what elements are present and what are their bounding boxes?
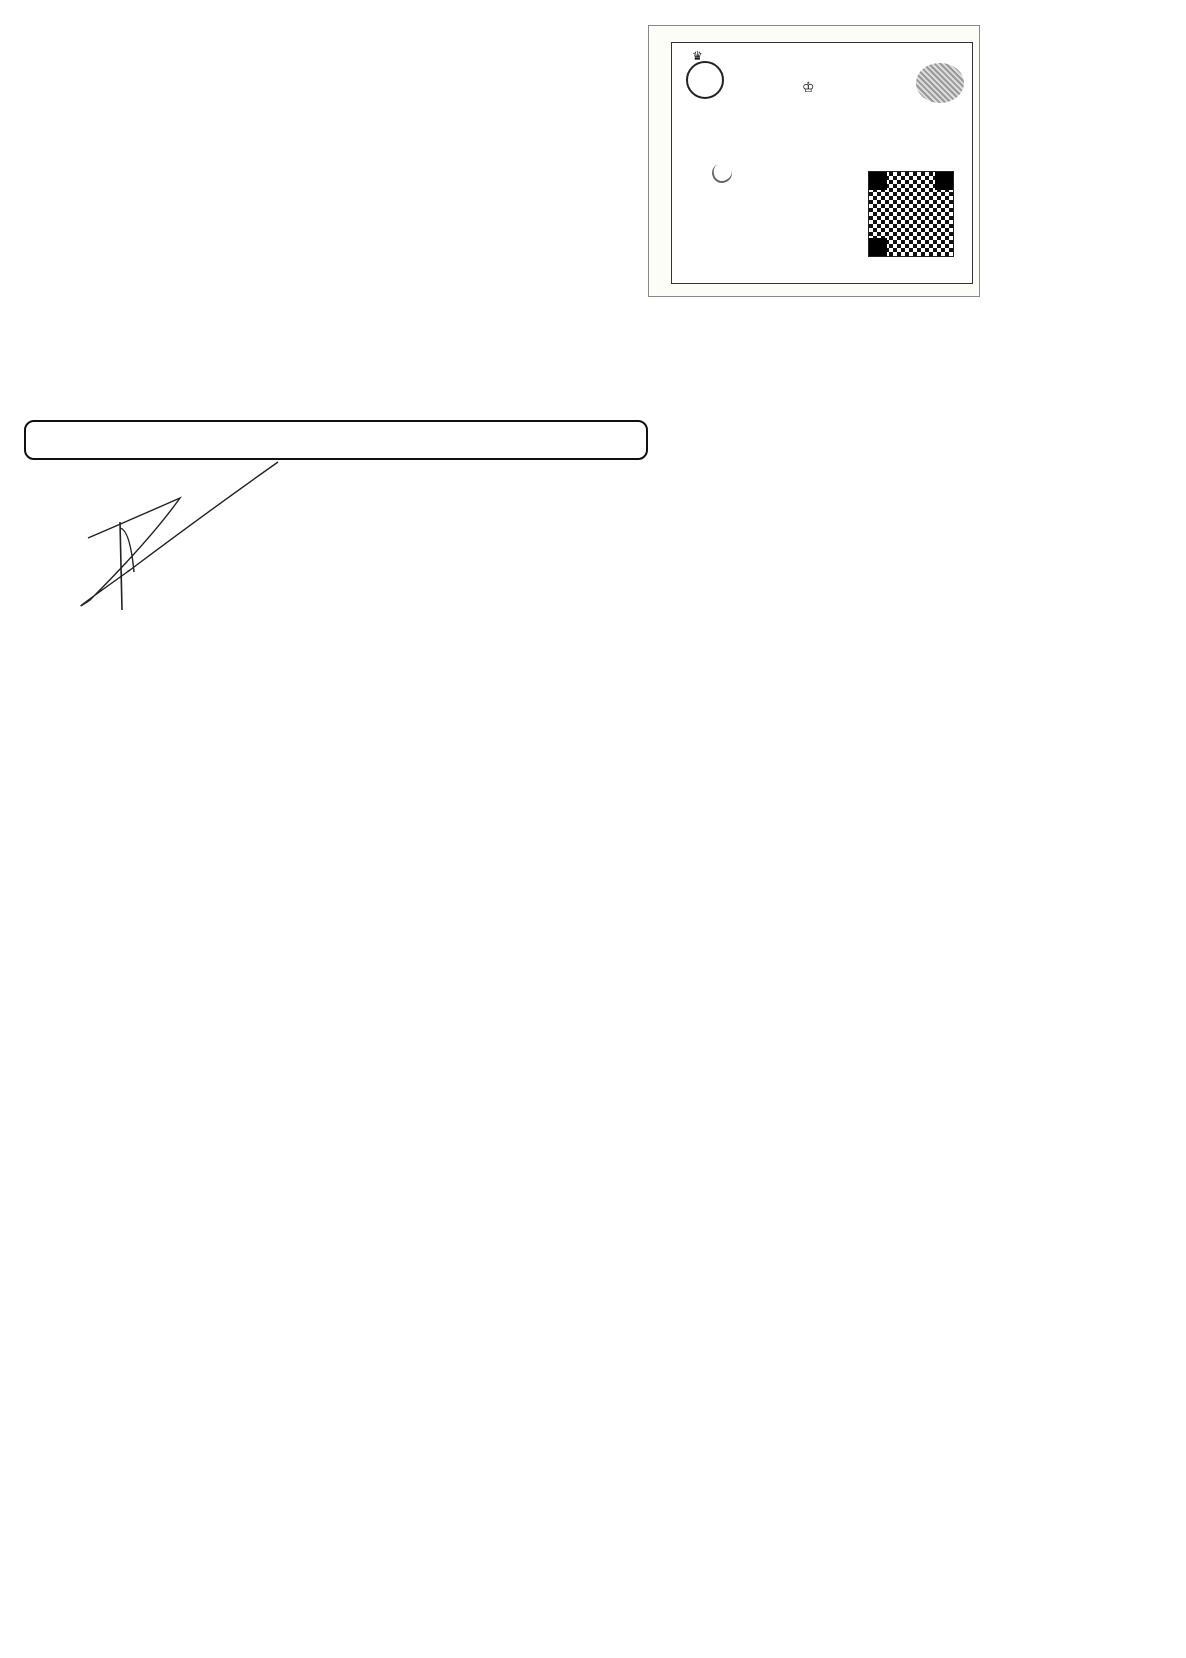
ring-ownership-card: ♛ ♔	[648, 25, 980, 297]
pedigree-title-box	[24, 420, 648, 460]
kbdb-logo-icon	[686, 61, 724, 99]
punch-hole-mark	[709, 160, 735, 186]
owner-contact	[120, 128, 196, 190]
owner-phone	[120, 154, 196, 190]
signature	[30, 460, 290, 610]
crown-emblem-icon: ♔	[802, 79, 815, 96]
qr-code-icon	[868, 171, 954, 257]
fci-globe-logo-icon	[916, 63, 964, 103]
